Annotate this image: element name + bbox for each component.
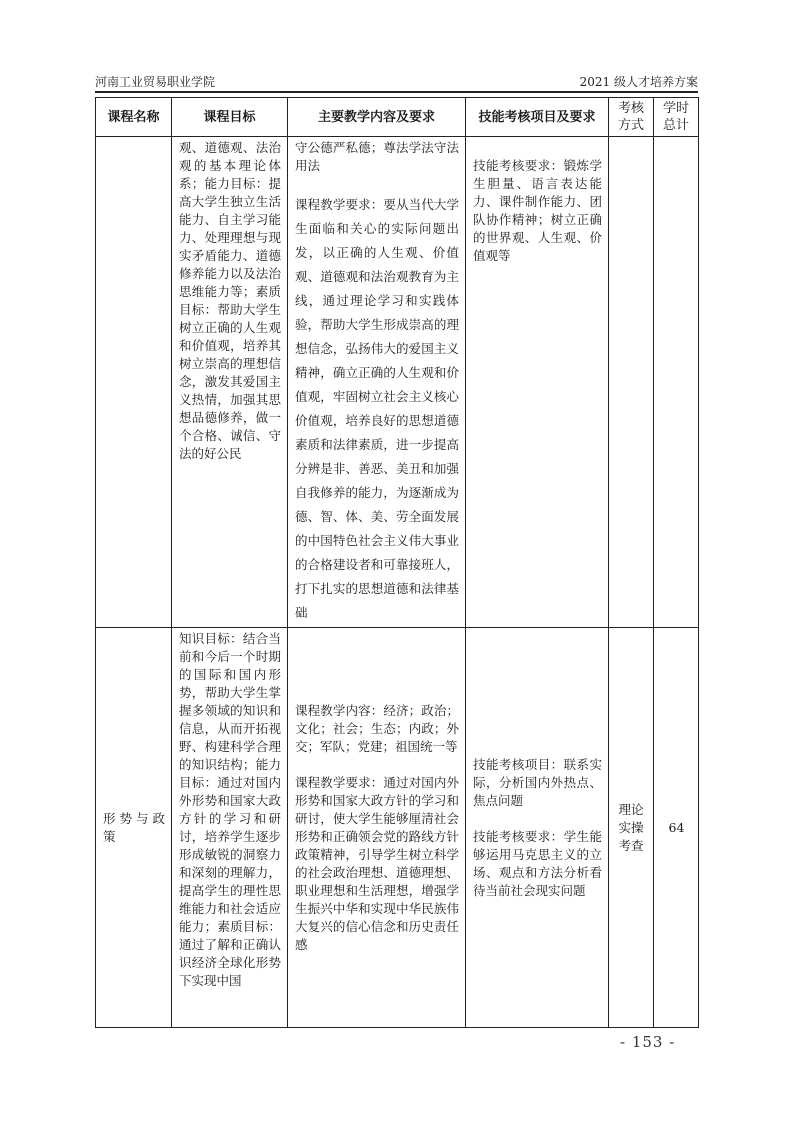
institution-name: 河南工业贸易职业学院 <box>95 73 215 90</box>
header-rule <box>95 91 698 93</box>
content-cell: 课程教学内容：经济；政治；文化；社会；生态；内政；外交；军队；党建；祖国统一等 … <box>288 628 466 1028</box>
curriculum-table: 课程名称 课程目标 主要教学内容及要求 技能考核项目及要求 考核 方式 学时 总… <box>95 97 699 1028</box>
header-line: 总计 <box>654 117 698 134</box>
header-line: 方式 <box>609 117 653 134</box>
skills-cell: 技能考核项目：联系实际，分析国内外热点、焦点问题 技能考核要求：学生能够运用马克… <box>466 628 609 1028</box>
course-name-cell <box>96 137 172 628</box>
column-header-skills: 技能考核项目及要求 <box>466 98 609 137</box>
column-header-total-hours: 学时 总计 <box>654 98 699 137</box>
course-name <box>96 137 171 141</box>
content-paragraph: 守公德严私德；尊法学法守法用法 <box>295 139 459 175</box>
course-objectives: 观、道德观、法治观的基本理论体系；能力目标：提高大学生独立生活能力、自主学习能力… <box>172 137 287 465</box>
content-block: 守公德严私德；尊法学法守法用法 课程教学要求：要从当代大学生面临和关心的实际问题… <box>288 137 465 627</box>
skills-block: 技能考核要求：锻炼学生胆量、语言表达能力、课件制作能力、团队协作精神；树立正确的… <box>466 137 608 267</box>
total-hours-cell <box>654 137 699 628</box>
document-title: 2021 级人才培养方案 <box>580 73 698 90</box>
assessment-method-cell: 理论实操考查 <box>609 628 654 1028</box>
content-paragraph: 课程教学要求：要从当代大学生面临和关心的实际问题出发，以正确的人生观、价值观、道… <box>295 193 459 625</box>
skills-paragraph: 技能考核项目：联系实际，分析国内外热点、焦点问题 <box>473 756 602 810</box>
assessment-method: 理论实操考查 <box>609 801 653 855</box>
table-row: 形势与政策 知识目标：结合当前和今后一个时期的国际和国内形势，帮助大学生掌握多领… <box>96 628 699 1028</box>
course-name-cell: 形势与政策 <box>96 628 172 1028</box>
page-header: 河南工业贸易职业学院 2021 级人才培养方案 <box>95 73 698 91</box>
table-row: 观、道德观、法治观的基本理论体系；能力目标：提高大学生独立生活能力、自主学习能力… <box>96 137 699 628</box>
skills-paragraph: 技能考核要求：锻炼学生胆量、语言表达能力、课件制作能力、团队协作精神；树立正确的… <box>473 157 602 265</box>
total-hours <box>654 137 698 141</box>
skills-cell: 技能考核要求：锻炼学生胆量、语言表达能力、课件制作能力、团队协作精神；树立正确的… <box>466 137 609 628</box>
header-line: 考核 <box>609 100 653 117</box>
table-header-row: 课程名称 课程目标 主要教学内容及要求 技能考核项目及要求 考核 方式 学时 总… <box>96 98 699 137</box>
assessment-method <box>609 137 653 141</box>
column-header-assessment-method: 考核 方式 <box>609 98 654 137</box>
course-objectives: 知识目标：结合当前和今后一个时期的国际和国内形势，帮助大学生掌握多领域的知识和信… <box>172 628 287 992</box>
content-paragraph: 课程教学要求：通过对国内外形势和国家大政方针的学习和研讨，使大学生能够厘清社会形… <box>295 774 459 954</box>
column-header-objectives: 课程目标 <box>172 98 288 137</box>
skills-block: 技能考核项目：联系实际，分析国内外热点、焦点问题 技能考核要求：学生能够运用马克… <box>466 754 608 902</box>
column-header-course-name: 课程名称 <box>96 98 172 137</box>
total-hours: 64 <box>654 817 698 839</box>
skills-paragraph: 技能考核要求：学生能够运用马克思主义的立场、观点和方法分析看待当前社会现实问题 <box>473 828 602 900</box>
assessment-method-cell <box>609 137 654 628</box>
page-number: - 153 - <box>620 1033 675 1051</box>
column-header-content: 主要教学内容及要求 <box>288 98 466 137</box>
header-line: 学时 <box>654 100 698 117</box>
total-hours-cell: 64 <box>654 628 699 1028</box>
content-block: 课程教学内容：经济；政治；文化；社会；生态；内政；外交；军队；党建；祖国统一等 … <box>288 700 465 956</box>
content-paragraph: 课程教学内容：经济；政治；文化；社会；生态；内政；外交；军队；党建；祖国统一等 <box>295 702 459 756</box>
objectives-cell: 观、道德观、法治观的基本理论体系；能力目标：提高大学生独立生活能力、自主学习能力… <box>172 137 288 628</box>
course-name: 形势与政策 <box>96 808 171 848</box>
content-cell: 守公德严私德；尊法学法守法用法 课程教学要求：要从当代大学生面临和关心的实际问题… <box>288 137 466 628</box>
objectives-cell: 知识目标：结合当前和今后一个时期的国际和国内形势，帮助大学生掌握多领域的知识和信… <box>172 628 288 1028</box>
